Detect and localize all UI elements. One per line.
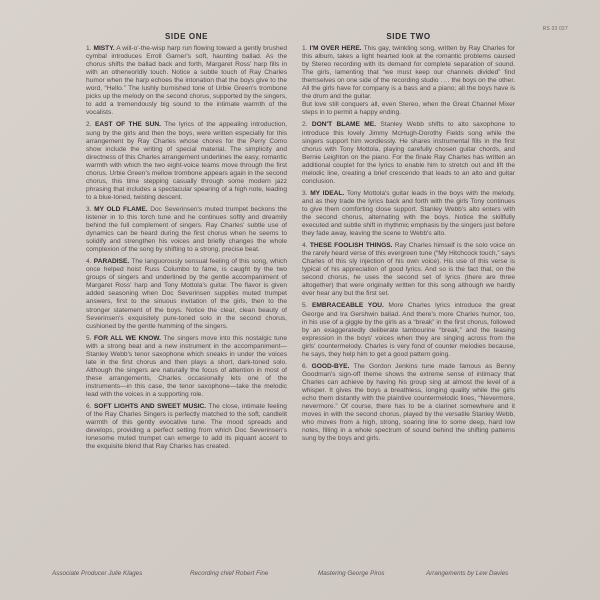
track-note: 5. EMBRACEABLE YOU. More Charles lyrics … — [302, 302, 515, 358]
track-note: 6. SOFT LIGHTS AND SWEET MUSIC. The clos… — [86, 403, 287, 451]
track-paragraph: 5. FOR ALL WE KNOW. The singers move int… — [86, 335, 287, 399]
track-number: 4. — [86, 258, 92, 265]
track-number: 3. — [86, 206, 92, 213]
track-number: 1. — [302, 45, 308, 52]
track-number: 2. — [86, 121, 92, 128]
track-description: The singers move into this nostalgic tun… — [86, 335, 287, 398]
track-note: 2. DON'T BLAME ME. Stanley Webb shifts t… — [302, 121, 515, 185]
track-note: 4. PARADISE. The languorously sensual fe… — [86, 258, 287, 330]
track-note: 1. MISTY. A will-o'-the-wisp harp run fl… — [86, 45, 287, 117]
track-description: Stanley Webb shifts to alto saxophone to… — [302, 121, 515, 184]
track-description: The close, intimate feeling of the Ray C… — [86, 403, 287, 450]
track-number: 2. — [302, 121, 308, 128]
track-title: FOR ALL WE KNOW. — [94, 335, 161, 342]
track-title: GOOD-BYE. — [312, 363, 350, 370]
track-title: EMBRACEABLE YOU. — [312, 302, 384, 309]
track-number: 4. — [302, 242, 308, 249]
side-one-column: SIDE ONE 1. MISTY. A will-o'-the-wisp ha… — [86, 33, 287, 455]
track-title: DON'T BLAME ME. — [312, 121, 376, 128]
track-note: 4. THESE FOOLISH THINGS. Ray Charles him… — [302, 242, 515, 298]
track-paragraph: 3. MY IDEAL. Tony Mottola's guitar leads… — [302, 190, 515, 238]
track-paragraph: 1. MISTY. A will-o'-the-wisp harp run fl… — [86, 45, 287, 117]
track-paragraph: 3. MY OLD FLAME. Doc Severinsen's muted … — [86, 206, 287, 254]
track-note: 3. MY OLD FLAME. Doc Severinsen's muted … — [86, 206, 287, 254]
track-description: Tony Mottola's guitar leads in the boys … — [302, 190, 515, 237]
credit-mastering: Mastering George Piros — [318, 570, 385, 577]
track-number: 6. — [302, 363, 308, 370]
track-title: SOFT LIGHTS AND SWEET MUSIC. — [94, 403, 206, 410]
track-description: Ray Charles himself is the solo voice on… — [302, 242, 515, 297]
track-description: The Gordon Jenkins tune made famous as B… — [302, 363, 515, 442]
track-note: 6. GOOD-BYE. The Gordon Jenkins tune mad… — [302, 363, 515, 443]
track-paragraph: 4. PARADISE. The languorously sensual fe… — [86, 258, 287, 330]
track-paragraph: 6. SOFT LIGHTS AND SWEET MUSIC. The clos… — [86, 403, 287, 451]
track-description: The lyrics of the appealing introduction… — [86, 121, 287, 200]
track-number: 6. — [86, 403, 92, 410]
track-note: 2. EAST OF THE SUN. The lyrics of the ap… — [86, 121, 287, 201]
track-title: MY OLD FLAME. — [94, 206, 147, 213]
track-description: A will-o'-the-wisp harp run flowing towa… — [86, 45, 287, 116]
track-title: THESE FOOLISH THINGS. — [310, 242, 393, 249]
side-one-track-list: 1. MISTY. A will-o'-the-wisp harp run fl… — [86, 45, 287, 451]
catalog-number: RS 33 027 — [543, 26, 568, 32]
side-one-title: SIDE ONE — [86, 33, 287, 41]
track-number: 1. — [86, 45, 92, 52]
track-description: More Charles lyrics introduce the great … — [302, 302, 515, 357]
track-paragraph: 5. EMBRACEABLE YOU. More Charles lyrics … — [302, 302, 515, 358]
track-title: MISTY. — [93, 45, 114, 52]
track-note: 3. MY IDEAL. Tony Mottola's guitar leads… — [302, 190, 515, 238]
liner-notes-sheet: RS 33 027 SIDE ONE 1. MISTY. A will-o'-t… — [0, 0, 600, 600]
side-two-title: SIDE TWO — [302, 33, 515, 41]
side-two-column: SIDE TWO 1. I'M OVER HERE. This gay, twi… — [302, 33, 515, 447]
credit-arrangements: Arrangements by Lew Davies — [426, 570, 508, 577]
track-number: 5. — [302, 302, 308, 309]
track-number: 5. — [86, 335, 92, 342]
track-description: Doc Severinsen's muted trumpet beckons t… — [86, 206, 287, 253]
track-description: This gay, twinkling song, written by Ray… — [302, 45, 515, 100]
credit-associate-producer: Associate Producer Julie Klages — [52, 570, 142, 577]
track-extra-paragraph: But love still conquers all, even Stereo… — [302, 101, 515, 117]
track-paragraph: 2. DON'T BLAME ME. Stanley Webb shifts t… — [302, 121, 515, 185]
track-paragraph: 1. I'M OVER HERE. This gay, twinkling so… — [302, 45, 515, 101]
track-title: EAST OF THE SUN. — [95, 121, 161, 128]
credit-recording-chief: Recording chief Robert Fine — [190, 570, 268, 577]
track-paragraph: 2. EAST OF THE SUN. The lyrics of the ap… — [86, 121, 287, 201]
track-number: 3. — [302, 190, 308, 197]
track-title: MY IDEAL. — [310, 190, 344, 197]
track-paragraph: 6. GOOD-BYE. The Gordon Jenkins tune mad… — [302, 363, 515, 443]
track-paragraph: 4. THESE FOOLISH THINGS. Ray Charles him… — [302, 242, 515, 298]
track-note: 5. FOR ALL WE KNOW. The singers move int… — [86, 335, 287, 399]
track-title: I'M OVER HERE. — [310, 45, 362, 52]
track-description: The languorously sensual feeling of this… — [86, 258, 287, 329]
side-two-track-list: 1. I'M OVER HERE. This gay, twinkling so… — [302, 45, 515, 443]
track-note: 1. I'M OVER HERE. This gay, twinkling so… — [302, 45, 515, 117]
track-title: PARADISE. — [94, 258, 129, 265]
